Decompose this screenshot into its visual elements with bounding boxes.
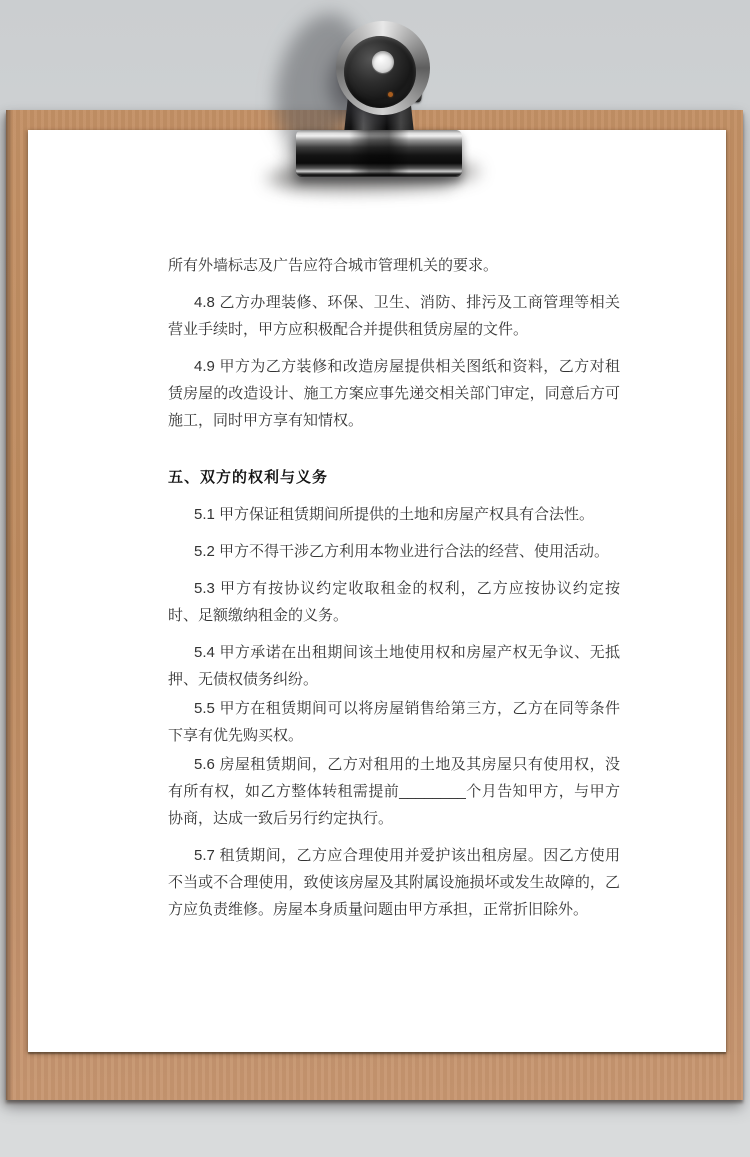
contract-paper: 所有外墙标志及广告应符合城市管理机关的要求。4.8 乙方办理装修、环保、卫生、消…: [28, 130, 726, 1052]
contract-paragraph: 5.7 租赁期间，乙方应合理使用并爱护该出租房屋。因乙方使用不当或不合理使用，致…: [168, 842, 620, 923]
clip-knob-glint: [388, 92, 393, 97]
contract-paragraph: 5.2 甲方不得干涉乙方利用本物业进行合法的经营、使用活动。: [168, 538, 620, 565]
contract-paragraph: 5.3 甲方有按协议约定收取租金的权利，乙方应按协议约定按时、足额缴纳租金的义务…: [168, 575, 620, 629]
section-heading: 五、双方的权利与义务: [168, 464, 620, 491]
contract-paragraph: 5.5 甲方在租赁期间可以将房屋销售给第三方，乙方在同等条件下享有优先购买权。: [168, 695, 620, 749]
clip-knob-hole: [372, 51, 394, 73]
clip-bar: [296, 130, 462, 176]
binder-clip: [270, 10, 480, 180]
contract-paragraph: 所有外墙标志及广告应符合城市管理机关的要求。: [168, 252, 620, 279]
clipboard-board: 所有外墙标志及广告应符合城市管理机关的要求。4.8 乙方办理装修、环保、卫生、消…: [6, 110, 743, 1100]
contract-paragraph: 5.6 房屋租赁期间，乙方对租用的土地及其房屋只有使用权，没有所有权，如乙方整体…: [168, 751, 620, 832]
scene-background: 所有外墙标志及广告应符合城市管理机关的要求。4.8 乙方办理装修、环保、卫生、消…: [0, 0, 750, 1157]
contract-paragraph: 5.4 甲方承诺在出租期间该土地使用权和房屋产权无争议、无抵押、无债权债务纠纷。: [168, 639, 620, 693]
contract-paragraph: 5.1 甲方保证租赁期间所提供的土地和房屋产权具有合法性。: [168, 501, 620, 528]
clipboard-left-bevel: [6, 110, 12, 1100]
contract-paragraph: 4.8 乙方办理装修、环保、卫生、消防、排污及工商管理等相关营业手续时，甲方应积…: [168, 289, 620, 343]
contract-paragraph: 4.9 甲方为乙方装修和改造房屋提供相关图纸和资料，乙方对租赁房屋的改造设计、施…: [168, 353, 620, 434]
document-body: 所有外墙标志及广告应符合城市管理机关的要求。4.8 乙方办理装修、环保、卫生、消…: [168, 252, 620, 933]
clip-knob: [339, 31, 421, 113]
